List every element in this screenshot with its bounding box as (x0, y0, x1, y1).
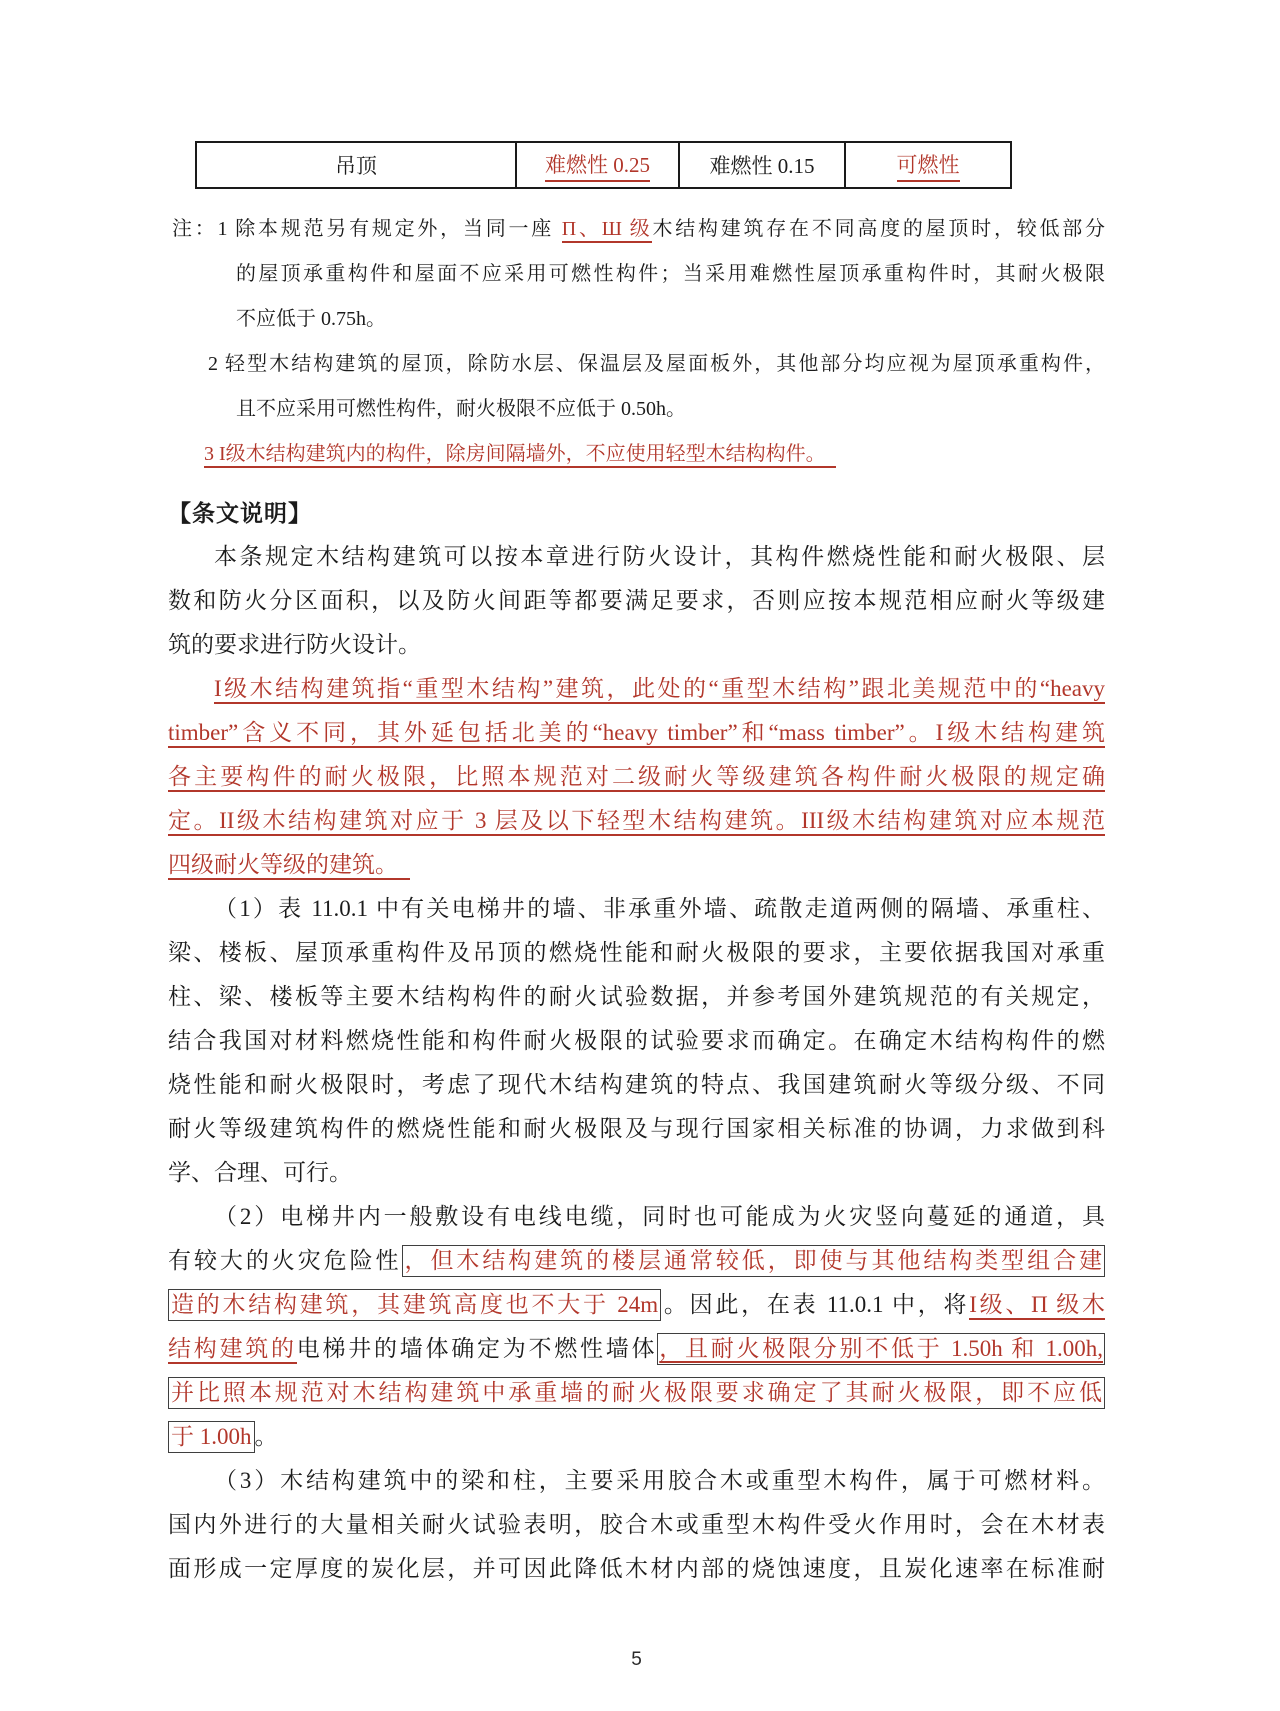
text-line: I级木结构建筑指“重型木结构”建筑，此处的“重型木结构”跟北美规范中的“heav… (168, 667, 1105, 711)
text-line: 各主要构件的耐火极限，比照本规范对二级耐火等级建筑各构件耐火极限的规定确 (168, 755, 1105, 799)
text-segment: 注：1 除本规范另有规定外，当同一座 (172, 218, 562, 240)
text-line: 梁、楼板、屋顶承重构件及吊顶的燃烧性能和耐火极限的要求，主要依据我国对承重 (168, 931, 1105, 975)
text-line: 烧性能和耐火极限时，考虑了现代木结构建筑的特点、我国建筑耐火等级分级、不同 (168, 1063, 1105, 1107)
text-segment: 3 I级木结构建筑内的构件，除房间隔墙外，不应使用轻型木结构构件。 (204, 443, 836, 468)
text-segment: （1）表 11.0.1 中有关电梯井的墙、非承重外墙、疏散走道两侧的隔墙、承重柱… (214, 896, 1105, 921)
text-segment: ，且耐火极限分别不低于 1.50h 和 1.00h, (657, 1333, 1105, 1365)
text-line: 定。II级木结构建筑对应于 3 层及以下轻型木结构建筑。III级木结构建筑对应本… (168, 799, 1105, 843)
text-line: 学、合理、可行。 (168, 1151, 1105, 1195)
table-cell-text: 难燃性 0.25 (545, 149, 650, 182)
text-segment: （3）木结构建筑中的梁和柱，主要采用胶合木或重型木构件，属于可燃材料。 (214, 1468, 1105, 1493)
text-line: （2）电梯井内一般敷设有电线电缆，同时也可能成为火灾竖向蔓延的通道，具 (168, 1195, 1105, 1239)
text-line: 造的木结构建筑，其建筑高度也不大于 24m。因此，在表 11.0.1 中，将I级… (168, 1283, 1105, 1327)
text-segment: I级木结构建筑指“重型木结构”建筑，此处的“重型木结构”跟北美规范中的“heav… (214, 676, 1105, 704)
text-segment: timber”含义不同，其外延包括北美的“heavy timber”和“mass… (168, 720, 1105, 748)
text-segment: 造的木结构建筑，其建筑高度也不大于 24m (168, 1289, 661, 1321)
page-number: 5 (168, 1647, 1105, 1673)
text-segment: 数和防火分区面积，以及防火间距等都要满足要求，否则应按本规范相应耐火等级建 (168, 588, 1105, 613)
table-cell-text: 难燃性 0.15 (710, 150, 815, 180)
text-segment: 定。II级木结构建筑对应于 3 层及以下轻型木结构建筑。III级木结构建筑对应本… (168, 808, 1105, 836)
document-content: 吊顶 难燃性 0.25 难燃性 0.15 可燃性 注：1 除本规范另有规定外，当… (168, 141, 1105, 1673)
table-cell-flame-retardant-015: 难燃性 0.15 (678, 143, 844, 187)
text-segment: 的屋顶承重构件和屋面不应采用可燃性构件；当采用难燃性屋顶承重构件时，其耐火极限 (236, 263, 1105, 285)
body-text-block: 本条规定木结构建筑可以按本章进行防火设计，其构件燃烧性能和耐火极限、层数和防火分… (168, 535, 1105, 1591)
text-segment: 本条规定木结构建筑可以按本章进行防火设计，其构件燃烧性能和耐火极限、层 (214, 544, 1105, 569)
text-line: 筑的要求进行防火设计。 (168, 623, 1105, 667)
text-line: 本条规定木结构建筑可以按本章进行防火设计，其构件燃烧性能和耐火极限、层 (168, 535, 1105, 579)
text-segment: 。因此，在表 11.0.1 中，将 (661, 1292, 969, 1317)
page: 吊顶 难燃性 0.25 难燃性 0.15 可燃性 注：1 除本规范另有规定外，当… (0, 0, 1280, 1711)
text-line: 3 I级木结构建筑内的构件，除房间隔墙外，不应使用轻型木结构构件。 (168, 432, 1105, 477)
table-cell-flame-retardant-025: 难燃性 0.25 (515, 143, 678, 187)
text-segment: 各主要构件的耐火极限，比照本规范对二级耐火等级建筑各构件耐火极限的规定确 (168, 764, 1105, 792)
text-segment: 筑的要求进行防火设计。 (168, 632, 421, 657)
text-segment: ，但木结构建筑的楼层通常较低，即使与其他结构类型组合建 (402, 1245, 1106, 1277)
text-segment: 结构建筑的 (168, 1336, 297, 1364)
text-segment: 学、合理、可行。 (168, 1160, 352, 1185)
text-segment: 木结构建筑存在不同高度的屋顶时，较低部分 (652, 218, 1105, 240)
text-segment: 四级耐火等级的建筑。 (168, 852, 410, 880)
text-segment: 国内外进行的大量相关耐火试验表明，胶合木或重型木构件受火作用时，会在木材表 (168, 1512, 1105, 1537)
text-line: 并比照本规范对木结构建筑中承重墙的耐火极限要求确定了其耐火极限，即不应低 (168, 1371, 1105, 1415)
table-cell-text: 吊顶 (335, 150, 377, 180)
table-cell-ceiling: 吊顶 (197, 143, 515, 187)
text-segment: Π、Ш 级 (562, 218, 653, 243)
text-segment: 有较大的火灾危险性 (168, 1248, 402, 1273)
text-line: timber”含义不同，其外延包括北美的“heavy timber”和“mass… (168, 711, 1105, 755)
table-cell-text: 可燃性 (897, 149, 960, 182)
text-segment: 结合我国对材料燃烧性能和构件耐火极限的试验要求而确定。在确定木结构构件的燃 (168, 1028, 1105, 1053)
text-line: 柱、梁、楼板等主要木结构构件的耐火试验数据，并参考国外建筑规范的有关规定， (168, 975, 1105, 1019)
ceiling-row-table: 吊顶 难燃性 0.25 难燃性 0.15 可燃性 (195, 141, 1012, 189)
text-line: 四级耐火等级的建筑。 (168, 843, 1105, 887)
text-line: 的屋顶承重构件和屋面不应采用可燃性构件；当采用难燃性屋顶承重构件时，其耐火极限 (168, 252, 1105, 297)
text-segment: 耐火等级建筑构件的燃烧性能和耐火极限及与现行国家相关标准的协调，力求做到科 (168, 1116, 1105, 1141)
text-line: 有较大的火灾危险性，但木结构建筑的楼层通常较低，即使与其他结构类型组合建 (168, 1239, 1105, 1283)
text-segment: I级、Π 级木 (969, 1292, 1105, 1320)
text-line: 注：1 除本规范另有规定外，当同一座 Π、Ш 级木结构建筑存在不同高度的屋顶时，… (168, 207, 1105, 252)
text-line: 结构建筑的电梯井的墙体确定为不燃性墙体，且耐火极限分别不低于 1.50h 和 1… (168, 1327, 1105, 1371)
text-line: 于 1.00h。 (168, 1415, 1105, 1459)
text-line: 数和防火分区面积，以及防火间距等都要满足要求，否则应按本规范相应耐火等级建 (168, 579, 1105, 623)
text-segment: 电梯井的墙体确定为不燃性墙体 (297, 1336, 658, 1361)
text-line: （1）表 11.0.1 中有关电梯井的墙、非承重外墙、疏散走道两侧的隔墙、承重柱… (168, 887, 1105, 931)
text-segment: 梁、楼板、屋顶承重构件及吊顶的燃烧性能和耐火极限的要求，主要依据我国对承重 (168, 940, 1105, 965)
text-segment: 面形成一定厚度的炭化层，并可因此降低木材内部的烧蚀速度，且炭化速率在标准耐 (168, 1556, 1105, 1581)
text-line: 不应低于 0.75h。 (168, 297, 1105, 342)
notes-block: 注：1 除本规范另有规定外，当同一座 Π、Ш 级木结构建筑存在不同高度的屋顶时，… (168, 207, 1105, 477)
text-segment: 2 轻型木结构建筑的屋顶，除防水层、保温层及屋面板外，其他部分均应视为屋顶承重构… (208, 353, 1105, 375)
text-line: 面形成一定厚度的炭化层，并可因此降低木材内部的烧蚀速度，且炭化速率在标准耐 (168, 1547, 1105, 1591)
text-segment: 并比照本规范对木结构建筑中承重墙的耐火极限要求确定了其耐火极限，即不应低 (168, 1377, 1105, 1409)
table-cell-combustible: 可燃性 (844, 143, 1010, 187)
text-line: 2 轻型木结构建筑的屋顶，除防水层、保温层及屋面板外，其他部分均应视为屋顶承重构… (168, 342, 1105, 387)
text-segment: 且不应采用可燃性构件，耐火极限不应低于 0.50h。 (236, 398, 686, 420)
text-segment: 不应低于 0.75h。 (236, 308, 386, 330)
text-line: （3）木结构建筑中的梁和柱，主要采用胶合木或重型木构件，属于可燃材料。 (168, 1459, 1105, 1503)
text-line: 且不应采用可燃性构件，耐火极限不应低于 0.50h。 (168, 387, 1105, 432)
text-line: 结合我国对材料燃烧性能和构件耐火极限的试验要求而确定。在确定木结构构件的燃 (168, 1019, 1105, 1063)
text-segment: 于 1.00h (168, 1421, 255, 1453)
text-segment: 烧性能和耐火极限时，考虑了现代木结构建筑的特点、我国建筑耐火等级分级、不同 (168, 1072, 1105, 1097)
text-line: 耐火等级建筑构件的燃烧性能和耐火极限及与现行国家相关标准的协调，力求做到科 (168, 1107, 1105, 1151)
text-segment: 。 (255, 1424, 278, 1449)
text-segment: 柱、梁、楼板等主要木结构构件的耐火试验数据，并参考国外建筑规范的有关规定， (168, 984, 1105, 1009)
section-heading: 【条文说明】 (168, 491, 1105, 535)
text-segment: （2）电梯井内一般敷设有电线电缆，同时也可能成为火灾竖向蔓延的通道，具 (214, 1204, 1105, 1229)
text-line: 国内外进行的大量相关耐火试验表明，胶合木或重型木构件受火作用时，会在木材表 (168, 1503, 1105, 1547)
